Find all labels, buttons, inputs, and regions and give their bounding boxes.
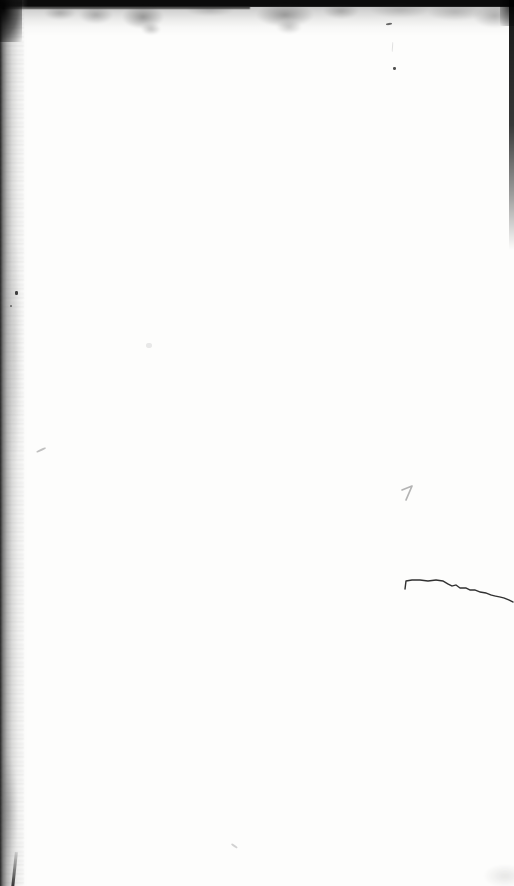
- ink-marks-svg: [0, 0, 514, 886]
- pencil-tick-mark: [402, 486, 412, 500]
- scanned-page: [0, 0, 514, 886]
- ink-scribble-line: [405, 580, 513, 602]
